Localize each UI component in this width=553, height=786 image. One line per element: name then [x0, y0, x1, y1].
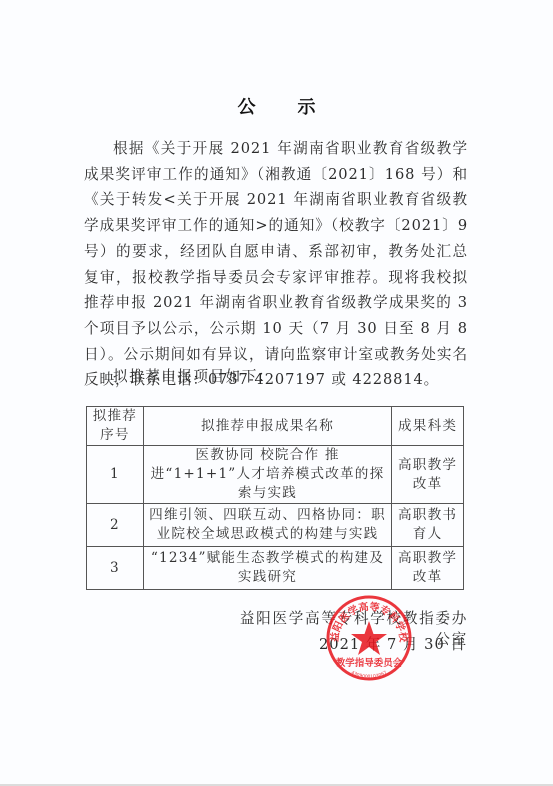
- official-seal-icon: 益阳医学高等专科学校 教学指导委员会 4309000103067: [324, 593, 414, 683]
- row-category: 高职教书育人: [392, 504, 464, 547]
- row-category: 高职教学改革: [392, 547, 464, 590]
- svg-text:4309000103067: 4309000103067: [350, 670, 388, 680]
- row-name: “1234”赋能生态教学模式的构建及实践研究: [143, 547, 391, 590]
- row-number: 1: [87, 446, 144, 504]
- header-name: 拟推荐申报成果名称: [143, 407, 391, 446]
- table-row: 1 医教协同 校院合作 推进“1+1+1”人才培养模式改革的探索与实践 高职教学…: [87, 446, 464, 504]
- table-row: 3 “1234”赋能生态教学模式的构建及实践研究 高职教学改革: [87, 547, 464, 590]
- row-number: 2: [87, 504, 144, 547]
- announcement-paragraph: 根据《关于开展 2021 年湖南省职业教育省级教学成果奖评审工作的通知》（湘教通…: [84, 136, 468, 393]
- project-list-intro: 拟推荐申报项目如下：: [113, 365, 274, 386]
- header-category: 成果科类: [392, 407, 464, 446]
- row-number: 3: [87, 547, 144, 590]
- document-page: 公示 根据《关于开展 2021 年湖南省职业教育省级教学成果奖评审工作的通知》（…: [0, 0, 553, 784]
- row-category: 高职教学改革: [392, 446, 464, 504]
- row-name: 四维引领、四联互动、四格协同：职业院校全域思政模式的构建与实践: [143, 504, 391, 547]
- table-row: 2 四维引领、四联互动、四格协同：职业院校全域思政模式的构建与实践 高职教书育人: [87, 504, 464, 547]
- row-name: 医教协同 校院合作 推进“1+1+1”人才培养模式改革的探索与实践: [143, 446, 391, 504]
- document-title: 公示: [0, 93, 553, 119]
- svg-text:教学指导委员会: 教学指导委员会: [335, 657, 403, 669]
- projects-table: 拟推荐序号 拟推荐申报成果名称 成果科类 1 医教协同 校院合作 推进“1+1+…: [86, 406, 464, 590]
- header-number: 拟推荐序号: [87, 407, 144, 446]
- table-header-row: 拟推荐序号 拟推荐申报成果名称 成果科类: [87, 407, 464, 446]
